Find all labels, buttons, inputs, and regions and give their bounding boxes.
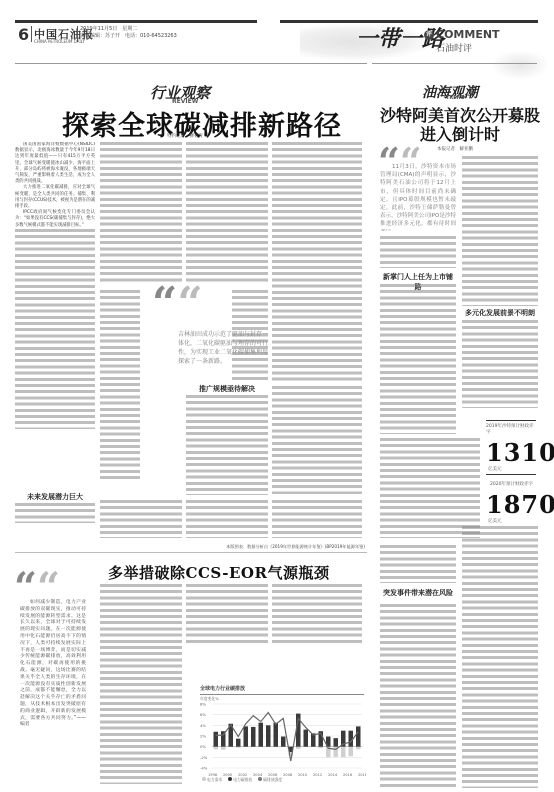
svg-text:2%: 2% (200, 734, 206, 739)
text-block (15, 229, 95, 429)
article-column (232, 290, 268, 382)
legend-swatch-icon (202, 777, 206, 781)
stat-value: 1870 (486, 490, 554, 519)
header-rule (15, 20, 257, 23)
header-divider (77, 26, 78, 42)
subhead: 未来发展潜力巨大 (15, 492, 95, 502)
header-divider (31, 26, 32, 42)
article-column (100, 290, 140, 480)
article-column (380, 545, 456, 583)
svg-text:0%: 0% (200, 744, 206, 749)
article-column (100, 500, 182, 538)
article-column (272, 584, 362, 644)
article-column (462, 156, 538, 306)
svg-text:2012: 2012 (313, 773, 322, 777)
date-line: 2019年11月5日 星期二 (80, 26, 177, 33)
paragraph: IPCC政府间气候变化专门委员会认为：“如果没有CCS(碳捕集与封存)，绝大多数… (15, 210, 95, 229)
article-column (100, 142, 182, 282)
article-column (462, 526, 538, 788)
legend-label: 电力需求 (207, 777, 222, 782)
page-number: 6 (18, 25, 29, 44)
article-column (186, 584, 268, 644)
legend-label: 碳排放强度 (263, 777, 282, 782)
article-column (272, 386, 362, 494)
stat-unit: 亿美元 (488, 518, 502, 524)
article-column (186, 395, 268, 495)
byline: 特约记者 柳智青 (150, 133, 220, 139)
section-en: COMMENT (436, 28, 500, 41)
stat-rule (486, 420, 536, 421)
article-column: 国美国国家海洋暨数据中心(NSIDC)数据显示，北极海冰数量于今年9月18日达到… (15, 142, 95, 477)
svg-text:2010: 2010 (298, 773, 308, 777)
article-column (380, 284, 456, 434)
section-divider (15, 63, 367, 64)
article-column (15, 503, 95, 523)
stat-label: 2020年预计财政赤字 (490, 481, 533, 487)
article-column (272, 142, 362, 382)
section-divider (372, 63, 537, 64)
paragraph: 大力推进二氧化碳减排，应对全球气候变暖，是全人类共同的任务。捕集、利用与封存(C… (15, 185, 95, 210)
chart-title: 全球电力行业碳排放 (200, 685, 245, 692)
column-en: TREND (446, 95, 465, 101)
quote-mark-icon: ““ (152, 282, 203, 326)
article-column (380, 604, 456, 789)
editor-note: 如何减少制造，电力产业碳排放的双碳现实，推动可持续发展的能源转型需求。这是长久以… (20, 600, 86, 729)
bottom-article-title: 多举措破除CCS-EOR气源瓶颈 (108, 562, 329, 583)
legend-label: 电力碳排放 (233, 777, 252, 782)
section-divider (15, 552, 367, 553)
legend-swatch-icon (228, 777, 232, 781)
legend-item: 电力需求 (202, 777, 222, 783)
editor-line: 责任编辑：苏子开 电话：010-64523263 (80, 33, 177, 40)
svg-text:2016: 2016 (343, 773, 353, 777)
svg-text:6%: 6% (200, 712, 206, 717)
header-meta: 2019年11月5日 星期二 责任编辑：苏子开 电话：010-64523263 (80, 26, 177, 40)
article-column (272, 500, 362, 538)
lede-text: 11月3日，沙特资本市场管理局(CMA)的声明显示，沙特阿美石油公司将于12月上… (380, 163, 456, 231)
section-cn: 石油时评 (436, 41, 472, 54)
stat-label: 2019年沙特预计财政赤字 (486, 423, 536, 435)
svg-text:4%: 4% (200, 723, 206, 728)
subhead: 突发事件带来潜在风险 (380, 588, 456, 598)
chart-legend: 电力需求 电力碳排放 碳排放强度 (202, 777, 282, 783)
article-column (380, 438, 480, 538)
article-column (100, 584, 182, 784)
svg-text:8%: 8% (200, 702, 206, 707)
article-column (186, 142, 268, 282)
legend-item: 碳排放强度 (258, 777, 282, 783)
article-column (462, 320, 538, 408)
chart-panel: 全球电力行业碳排放 年度变化% 8%6%4%2%0%-2%-4% 1998200… (186, 680, 366, 790)
subhead: 多元化发展前景不明朗 (462, 308, 538, 318)
comment-badge-icon: 评 (424, 30, 434, 40)
svg-text:2014: 2014 (328, 773, 338, 777)
stat-unit: 亿美元 (488, 466, 502, 472)
article-column (380, 236, 456, 268)
source-note: 本版图表：数据分析自《2019年世界能源统计年鉴》(BP2019年能源年鉴) (200, 544, 365, 550)
paragraph: 国美国国家海洋暨数据中心(NSIDC)数据显示，北极海冰数量于今年9月18日达到… (15, 142, 95, 185)
byline: 本报记者 解亚鹏 (425, 146, 485, 152)
legend-swatch-icon (258, 777, 262, 781)
svg-text:-4%: -4% (200, 766, 208, 771)
chart-title-rule (200, 694, 364, 695)
stat-rule (486, 474, 536, 475)
map-graphic (490, 50, 550, 80)
svg-text:2008: 2008 (283, 773, 293, 777)
legend-item: 电力碳排放 (228, 777, 252, 783)
svg-text:-2%: -2% (200, 755, 208, 760)
article-column (186, 500, 268, 538)
stat-value: 1310 (486, 438, 554, 467)
subhead: 推广规模亟待解决 (186, 384, 268, 394)
svg-text:2018: 2018 (358, 773, 366, 777)
